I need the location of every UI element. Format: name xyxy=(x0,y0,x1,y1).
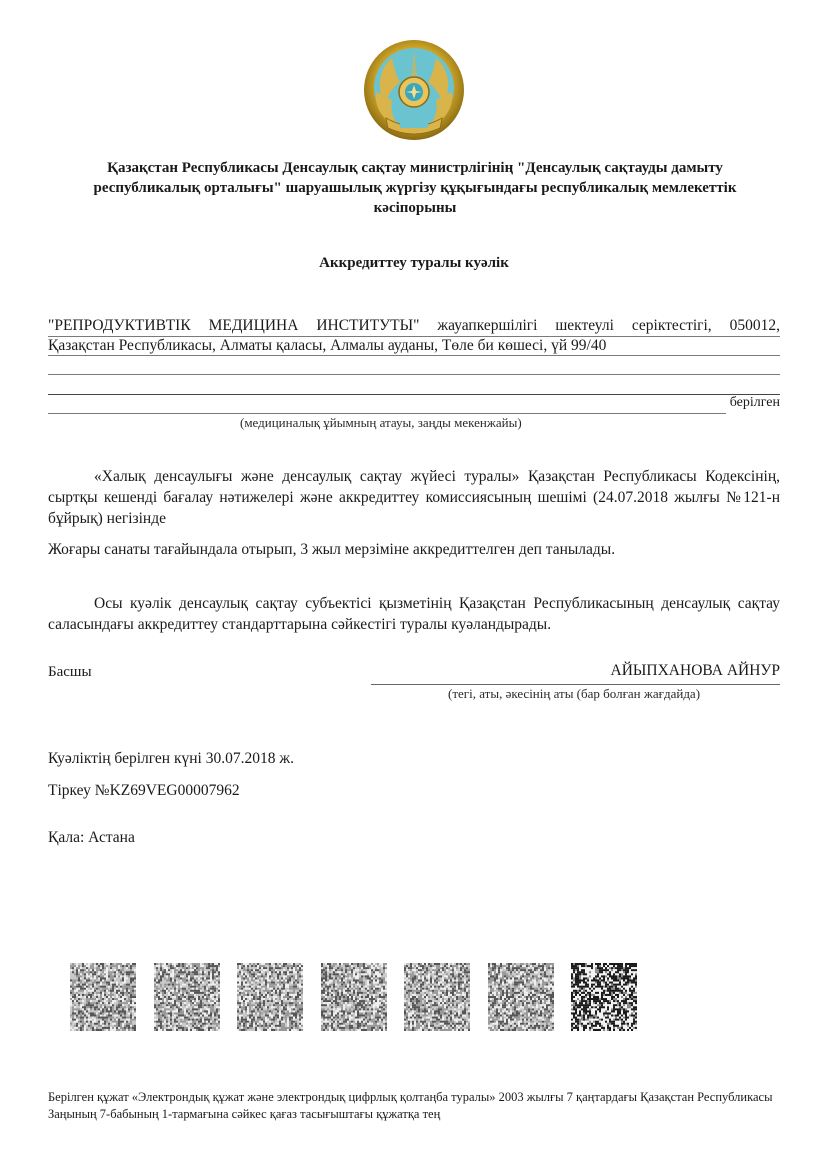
head-caption: (тегі, аты, әкесінің аты (бар болған жағ… xyxy=(448,686,700,702)
qr-code-icon xyxy=(70,963,136,1031)
registration-number: Тіркеу №KZ69VEG00007962 xyxy=(48,782,240,800)
qr-code-icon xyxy=(404,963,470,1031)
state-emblem xyxy=(362,38,466,142)
qr-code-7 xyxy=(571,963,637,1031)
city: Қала: Астана xyxy=(48,829,135,847)
issuing-organization: Қазақстан Республикасы Денсаулық сақтау … xyxy=(70,158,760,218)
signature-line xyxy=(371,684,780,685)
qr-code-5 xyxy=(404,963,470,1031)
kazakhstan-state-emblem-icon xyxy=(362,38,466,142)
underline-2 xyxy=(48,355,780,356)
qr-code-icon xyxy=(154,963,220,1031)
qr-code-1 xyxy=(70,963,136,1031)
issue-date: Куәліктің берілген күні 30.07.2018 ж. xyxy=(48,750,294,768)
qr-code-2 xyxy=(154,963,220,1031)
qr-code-3 xyxy=(237,963,303,1031)
head-label: Басшы xyxy=(48,664,92,681)
qr-code-icon xyxy=(237,963,303,1031)
qr-code-4 xyxy=(321,963,387,1031)
recipient-name: "РЕПРОДУКТИВТІК МЕДИЦИНА ИНСТИТУТЫ" жауа… xyxy=(48,316,780,336)
certify-paragraph: Осы куәлік денсаулық сақтау субъектісі қ… xyxy=(48,593,780,635)
underline-4 xyxy=(48,394,780,395)
document-title: Аккредиттеу туралы куәлік xyxy=(0,255,828,272)
qr-code-icon xyxy=(571,963,637,1031)
basis-paragraph: «Халық денсаулығы және денсаулық сақтау … xyxy=(48,466,780,529)
footer-note: Берілген құжат «Электрондық құжат және э… xyxy=(48,1089,788,1123)
qr-code-icon xyxy=(488,963,554,1031)
recipient-address: Қазақстан Республикасы, Алматы қаласы, А… xyxy=(48,336,606,356)
recipient-caption: (медициналық ұйымның атауы, заңды мекенж… xyxy=(240,415,522,431)
qr-code-icon xyxy=(321,963,387,1031)
underline-3 xyxy=(48,374,780,375)
decision-paragraph: Жоғары санаты тағайындала отырып, 3 жыл … xyxy=(48,539,780,560)
head-name: АЙЫПХАНОВА АЙНУР xyxy=(611,662,780,680)
issued-label: берілген xyxy=(730,395,780,411)
underline-5 xyxy=(48,413,726,414)
qr-code-6 xyxy=(488,963,554,1031)
